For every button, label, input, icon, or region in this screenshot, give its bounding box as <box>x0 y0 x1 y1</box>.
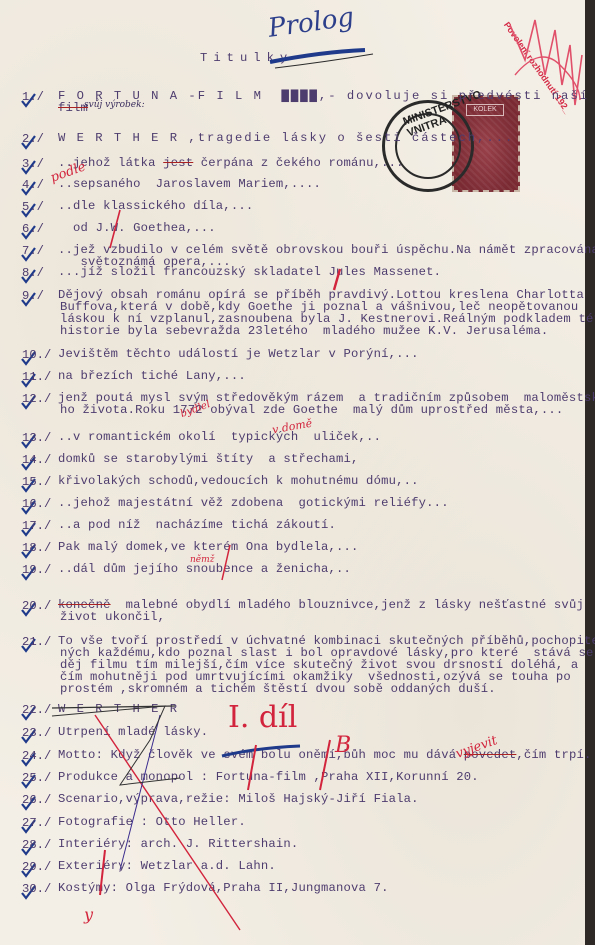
line-text-part: ..dle klassického díla,... <box>58 199 253 213</box>
line-text: Utrpení mladé lásky. <box>58 726 208 738</box>
annotation-svuj-vyrobek: svůj výrobek: <box>84 100 145 110</box>
line-number: 8./ <box>22 266 44 280</box>
line-number: 14./ <box>22 453 51 467</box>
line-text: Scenario,výprava,režie: Miloš Hajský-Jiř… <box>58 793 419 805</box>
line-text-part: čerpána z čekého románu,... <box>193 156 403 170</box>
line-text-part: ..a pod níž nacházíme tichá zákoutí. <box>58 518 336 532</box>
line-number: 11./ <box>22 370 51 384</box>
annotation-nemz: němž <box>190 555 214 565</box>
line-text-part: ..v romantickém okolí typických uliček,.… <box>58 430 381 444</box>
line-text-part: W E R T H E R <box>58 702 179 716</box>
line-continuation: ho života.Roku 1772 obýval zde Goethe ma… <box>60 404 563 416</box>
line-text-part: křivolakých schodů,vedoucích k mohutnému… <box>58 474 419 488</box>
line-number: 12./ <box>22 392 51 406</box>
line-text: ..jehož majestátní věž zdobena gotickými… <box>58 497 449 509</box>
line-number: 16./ <box>22 497 51 511</box>
line-number: 7./ <box>22 244 44 258</box>
line-number: 9./ <box>22 289 44 303</box>
line-text-part: Interiéry: arch. J. Rittershain. <box>58 837 298 851</box>
line-text: Jevištěm těchto událostí je Wetzlar v Po… <box>58 348 419 360</box>
line-number: 23./ <box>22 726 51 740</box>
line-text-part: W E R T H E R ,tragedie lásky o šesti čá… <box>58 131 514 145</box>
annotation-b: B <box>335 733 351 758</box>
line-number: 21./ <box>22 635 51 649</box>
line-text: ..v romantickém okolí typických uliček,.… <box>58 431 381 443</box>
line-text-part: malebné obydlí mladého blouznivce,jenž z… <box>111 598 584 612</box>
line-number: 10./ <box>22 348 51 362</box>
blue-underline-stroke <box>265 40 375 80</box>
line-text-part: Scenario,výprava,režie: Miloš Hajský-Jiř… <box>58 792 419 806</box>
line-number: 19./ <box>22 563 51 577</box>
line-text: Pak malý domek,ve kterém Ona bydlela,... <box>58 541 359 553</box>
line-continuation: prostém ,skromném a tichém štěstí dvou s… <box>60 683 496 695</box>
line-number: 24./ <box>22 749 51 763</box>
line-text: na březích tiché Lany,... <box>58 370 246 382</box>
line-text: Interiéry: arch. J. Rittershain. <box>58 838 298 850</box>
line-text-part: Pak malý domek,ve kterém Ona bydlela,... <box>58 540 359 554</box>
line-text-part: Produkce a monopol : Fortuna-film ,Praha… <box>58 770 479 784</box>
line-text: od J.W. Goethea,... <box>58 222 216 234</box>
line-number: 22./ <box>22 703 51 717</box>
line-text-part: ..sepsaného Jaroslavem Mariem,.... <box>58 177 321 191</box>
line-text: domků se starobylými štíty a střechami, <box>58 453 359 465</box>
handwritten-heading: Prolog <box>266 2 356 44</box>
line-number: 13./ <box>22 431 51 445</box>
line-number: 30./ <box>22 882 51 896</box>
line-text: Kostýmy: Olga Frýdová,Praha II,Jungmanov… <box>58 882 389 894</box>
line-text: W E R T H E R ,tragedie lásky o šesti čá… <box>58 132 514 144</box>
line-number: 26./ <box>22 793 51 807</box>
struck-word: jest <box>163 156 193 170</box>
line-text: křivolakých schodů,vedoucích k mohutnému… <box>58 475 419 487</box>
line-text: Fotografie : Otto Heller. <box>58 816 246 828</box>
line-number: 28./ <box>22 838 51 852</box>
line-number: 18./ <box>22 541 51 555</box>
line-number: 1./ <box>22 90 44 104</box>
line-text-part: ...jíž složil francouzský skladatel Jule… <box>58 265 441 279</box>
line-text-part: ..jehož majestátní věž zdobena gotickými… <box>58 496 449 510</box>
line-text-part: Utrpení mladé lásky. <box>58 725 208 739</box>
line-text: Motto: Když člověk ve svém bolu oněmí,bů… <box>58 749 592 761</box>
line-text-part: Jevištěm těchto událostí je Wetzlar v Po… <box>58 347 419 361</box>
line-text-part: na březích tiché Lany,... <box>58 369 246 383</box>
line-text-part: Fotografie : Otto Heller. <box>58 815 246 829</box>
line-text: Exteriéry: Wetzlar a.d. Lahn. <box>58 860 276 872</box>
typewritten-page: Titulky Prolog Povolení rozhodnutí 192_ … <box>0 0 585 945</box>
line-number: 29./ <box>22 860 51 874</box>
line-continuation: život ukončil, <box>60 611 165 623</box>
line-text-part: domků se starobylými štíty a střechami, <box>58 452 359 466</box>
line-text: W E R T H E R <box>58 703 179 715</box>
line-text-part: Kostýmy: Olga Frýdová,Praha II,Jungmanov… <box>58 881 389 895</box>
line-number: 17./ <box>22 519 51 533</box>
line-number: 3./ <box>22 157 44 171</box>
line-number: 27./ <box>22 816 51 830</box>
line-text-part: od J.W. Goethea,... <box>58 221 216 235</box>
line-number: 5./ <box>22 200 44 214</box>
line-number: 6./ <box>22 222 44 236</box>
line-continuation: historie byla sebevražda 23letého mladéh… <box>60 325 548 337</box>
page-edge-shadow <box>585 0 595 945</box>
official-round-stamp: MINISTERSTVO VNITRA <box>382 100 474 192</box>
annotation-y: y <box>84 905 93 924</box>
annotation-part-one: I. díl <box>228 700 297 735</box>
line-number: 2./ <box>22 132 44 146</box>
line-text: ..jehož látka jest čerpána z čekého romá… <box>58 157 404 169</box>
line-text-part: ,čím trpí. <box>516 748 591 762</box>
line-text: ..a pod níž nacházíme tichá zákoutí. <box>58 519 336 531</box>
line-number: 15./ <box>22 475 51 489</box>
line-text: ..dle klassického díla,... <box>58 200 253 212</box>
line-text-part: Motto: Když člověk ve svém bolu oněmí,bů… <box>58 748 464 762</box>
line-text: Produkce a monopol : Fortuna-film ,Praha… <box>58 771 479 783</box>
line-text: ..sepsaného Jaroslavem Mariem,.... <box>58 178 321 190</box>
line-text: ...jíž složil francouzský skladatel Jule… <box>58 266 441 278</box>
line-number: 20./ <box>22 599 51 613</box>
line-number: 25./ <box>22 771 51 785</box>
line-text-part: Exteriéry: Wetzlar a.d. Lahn. <box>58 859 276 873</box>
line-number: 4./ <box>22 178 44 192</box>
